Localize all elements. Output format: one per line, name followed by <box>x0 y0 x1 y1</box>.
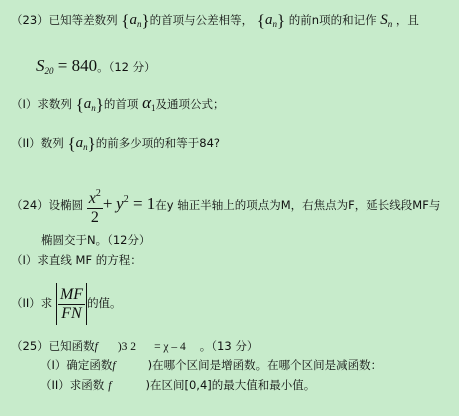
q23-part1: （I）求数列 {an}的首项 α1及通项公式； <box>11 95 225 116</box>
function-f: f <box>95 341 98 353</box>
alpha-1: α1 <box>142 99 155 111</box>
sequence-an: {an} <box>257 15 285 27</box>
sum-sn: Sn <box>380 15 392 27</box>
part-label: （I） <box>11 97 37 111</box>
q23-part2: （II）数列 {an}的前多少项的和等于84? <box>11 135 220 155</box>
q23-number: （23） <box>11 13 49 27</box>
part-label: （II） <box>40 378 70 392</box>
y-squared: y2 = 1 <box>116 194 155 213</box>
q23-condition: S20 = 840。（12 分） <box>36 58 156 79</box>
q23-part1-text-b: 的首项 <box>104 97 139 111</box>
q23-text2: 的前n项的和记作 <box>289 13 377 27</box>
plus-sign: + <box>103 194 113 213</box>
q24-line2: 椭圆交于N。（12分） <box>41 232 151 248</box>
q25-part2: （II）求函数f)在区间[0,4]的最大值和最小值。 <box>40 377 315 394</box>
q23-part1-text-c: 及通项公式； <box>156 97 225 111</box>
function-f: f <box>108 380 111 392</box>
sequence-an: {an} <box>121 15 149 27</box>
part-label: （II） <box>11 296 41 310</box>
q24-part2: （II）求 MFFN的值。 <box>11 282 122 325</box>
ellipse-fraction: x22 <box>87 185 103 227</box>
q25-expr-b: = χ – 4 <box>154 341 186 353</box>
q24-part2-text-b: 的值。 <box>87 296 122 310</box>
q24-number: （24） <box>11 198 49 212</box>
q24-text: 在y 轴正半轴上的项点为M，右焦点为F，延长线段MF与 <box>155 198 440 212</box>
q24-line2-text: 椭圆交于N。（12分） <box>41 233 151 247</box>
q24-part1: （I）求直线 MF 的方程： <box>11 252 142 268</box>
q25-line1: （25）已知函数f)3 2= χ – 4。（13 分） <box>11 338 258 355</box>
part-label: （I） <box>11 253 37 267</box>
q24-line1: （24）设椭圆 x22+ y2 = 1在y 轴正半轴上的项点为M，右焦点为F，延… <box>11 180 440 227</box>
q25-part1-text-b: )在哪个区间是增函数。在哪个区间是减函数： <box>148 358 382 372</box>
q25-part2-text-a: 求函数 <box>70 378 105 392</box>
q23-line1: （23）已知等差数列 {an}的首项与公差相等， {an} 的前n项的和记作 S… <box>11 12 419 32</box>
q25-number: （25） <box>11 339 49 353</box>
q25-expr-a: )3 2 <box>118 341 136 353</box>
q23-part2-text-b: 的前多少项的和等于84? <box>96 136 220 150</box>
q25-score: 。（13 分） <box>200 339 259 353</box>
q23-part2-text-a: 数列 <box>41 136 64 150</box>
sequence-an: {an} <box>67 138 95 150</box>
q24-part1-text: 求直线 MF 的方程： <box>37 253 141 267</box>
function-f: f <box>112 360 115 372</box>
q23-tail: ，且 <box>396 13 419 27</box>
abs-ratio: MFFN <box>56 283 87 325</box>
part-label: （I） <box>40 358 66 372</box>
q23-intro: 已知等差数列 <box>49 13 118 27</box>
q25-intro: 已知函数 <box>49 339 95 353</box>
q24-intro: 设椭圆 <box>49 198 84 212</box>
part-label: （II） <box>11 136 41 150</box>
q25-part2-text-b: )在区间[0,4]的最大值和最小值。 <box>146 378 316 392</box>
q25-part1-text-a: 确定函数 <box>66 358 112 372</box>
q23-text1: 的首项与公差相等， <box>150 13 254 27</box>
sequence-an: {an} <box>76 99 104 111</box>
s20-equation: S20 = 840 <box>36 56 97 75</box>
q24-part2-text-a: 求 <box>41 296 53 310</box>
q25-part1: （I）确定函数f)在哪个区间是增函数。在哪个区间是减函数： <box>40 357 382 374</box>
q23-part1-text-a: 求数列 <box>37 97 72 111</box>
q23-score: 。（12 分） <box>97 60 156 74</box>
